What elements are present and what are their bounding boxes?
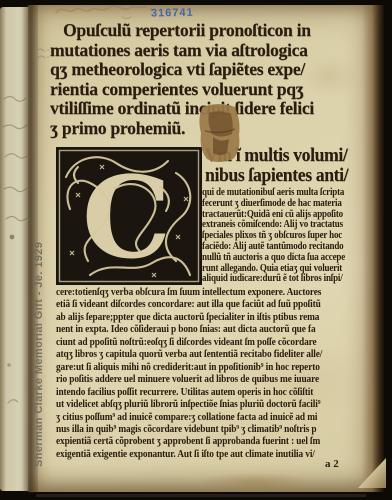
woodcut-initial: C xyxy=(56,147,202,285)
title-line: mutationes aeris tam via aſtrologica xyxy=(50,41,380,61)
body-line: ab alijs ſepare;ppter que dicta auctorũ … xyxy=(56,311,330,323)
body-line: ut videlicet abſqʒ pluriũ librorũ inſpec… xyxy=(56,398,330,410)
body-line: nent in expta. Ideo cõſideraui p bono ſn… xyxy=(56,323,330,335)
ownership-stamp: Sherman Clarke Memorial Gift - Je. 1929 xyxy=(33,242,45,467)
accession-number: 316741 xyxy=(151,6,211,19)
title-line: Opuſculũ repertorii pronoſticon in xyxy=(50,21,380,41)
initial-letter: C xyxy=(82,153,171,284)
body-line: cere:totienſqʒ verba obſcura ſm ſuum int… xyxy=(56,286,330,298)
signature-mark: a 2 xyxy=(325,458,339,470)
backdrop-ledge xyxy=(36,494,366,497)
book-photo: { "marks": { "accession_number": "316741… xyxy=(0,0,392,500)
body-line: nus illa in quib⁹ magis cõcordare videbu… xyxy=(56,423,330,435)
body-line: etiã ſi videant diſcordes concordare: au… xyxy=(56,298,330,310)
body-line: exigentiã exigentie exponantur. Aut ſi i… xyxy=(56,448,330,460)
incipit-large-line: nibus ſapientes anti/ xyxy=(205,166,368,186)
body-line: ʒ citius poſſum⁹ ad inuicẽ compare:ʒ col… xyxy=(56,411,330,423)
title-line: qʒ metheorologica vti ſapiẽtes expe/ xyxy=(50,60,380,80)
body-line: gare:ut ſi aliquis mihi nõ crediderit:au… xyxy=(56,361,330,373)
body-line: intendo facilius poſſit recurrere. Utili… xyxy=(56,386,330,398)
incipit-small-line: aliquid iudicare:durũ ẽ tot libros inſpi… xyxy=(202,274,360,285)
body-line: expientiã certã cõprobent ʒ approbent ſi… xyxy=(56,435,330,447)
title-line: rientia comperientes voluerunt pqʒ xyxy=(50,80,380,100)
body-line: ciunt ad ppoſitũ noſtrũ:eoſqʒ ſi diſcord… xyxy=(56,336,330,348)
body-text-block: cere:totienſqʒ verba obſcura ſm ſuum int… xyxy=(56,286,378,460)
body-line: atqʒ libros ʒ capitula quorũ verba aut ſ… xyxy=(56,348,330,360)
wax-seal xyxy=(195,101,245,163)
body-line: rio poſitis addere uel minuere voluerit … xyxy=(56,373,330,385)
incipit-small-block: qui de mutationibuſ aeris multa ſcripta … xyxy=(202,188,378,285)
